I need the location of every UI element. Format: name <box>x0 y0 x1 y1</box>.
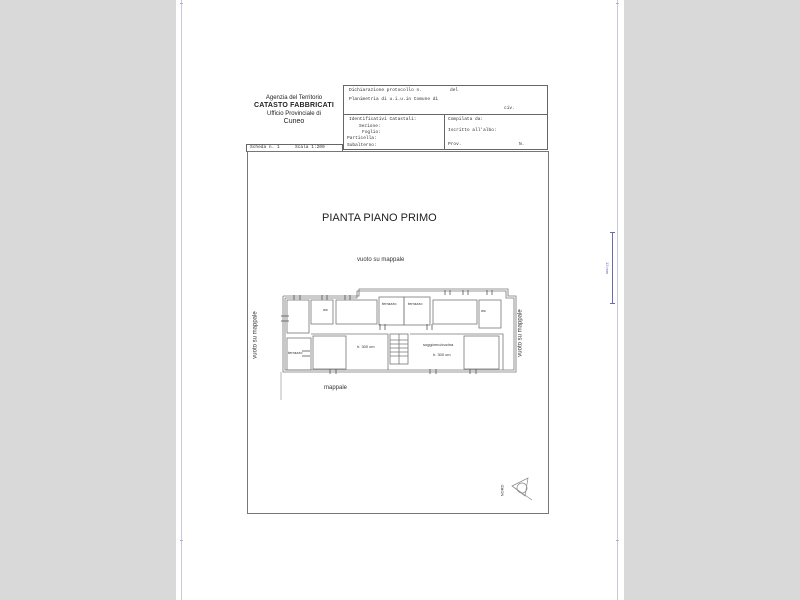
room-label-terrazzo-2: terrazzo <box>408 301 422 306</box>
north-label: NORD <box>499 485 504 497</box>
room-label-terrazzo-1: terrazzo <box>382 301 396 306</box>
floor-plan-drawing <box>0 0 800 600</box>
room-label-wc-right: wc <box>481 308 486 313</box>
room-label-height-right: h. 300 cm <box>433 352 451 357</box>
room-label-height-left: h. 300 cm <box>357 344 375 349</box>
room-label-soggiorno: soggiorno/cucina <box>423 342 453 347</box>
room-label-wc-left: wc <box>323 307 328 312</box>
north-arrow-icon <box>512 478 532 500</box>
room-label-terrazzo-left: terrazzo <box>288 350 302 355</box>
